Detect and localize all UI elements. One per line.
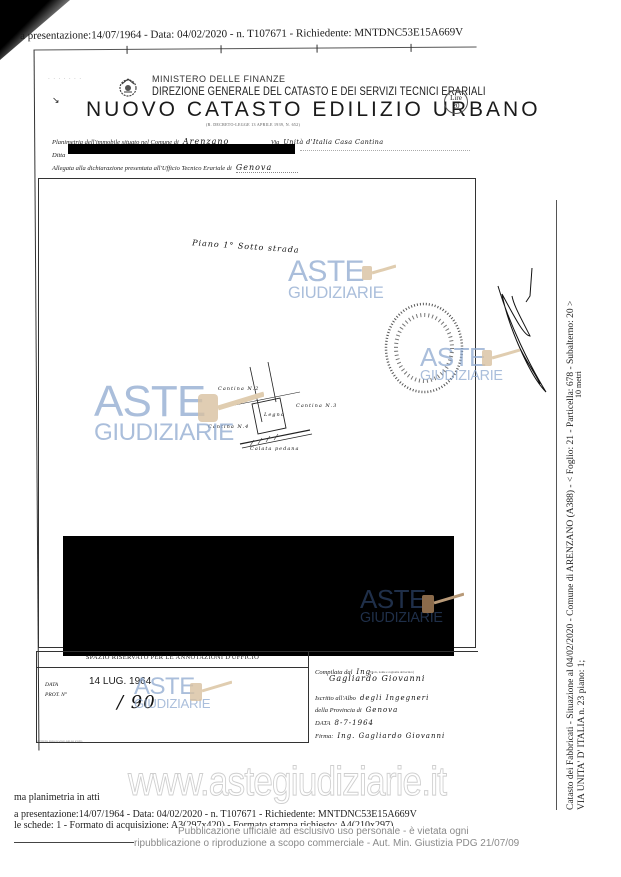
allegata-label: Allegata alla dichiarazione presentata a… <box>52 165 232 172</box>
decree-reference: (R. DECRETO-LEGGE 13 APRILE 1939, N. 652… <box>206 122 300 127</box>
printer-note: ISTITUTO POLIGRAFICO DELLO STATO <box>37 740 82 743</box>
direzione-name: DIREZIONE GENERALE DEL CATASTO E DEI SER… <box>152 86 486 98</box>
document-title: NUOVO CATASTO EDILIZIO URBANO <box>86 98 541 122</box>
side-rule <box>556 200 557 810</box>
stamp-duty-circle: Lire 20 <box>444 90 468 114</box>
annot-prot-label: PROT. N° <box>45 692 67 698</box>
scale-note: 10 metri <box>574 371 583 398</box>
compilata-box: Compilata dal Ing. (Titolo, nome e cogno… <box>308 651 478 743</box>
gavel-icon <box>480 346 520 370</box>
firma-row: Firma: Ing. Gagliardo Giovanni <box>315 725 445 743</box>
header-line: a presentazione:14/07/1964 - Data: 04/02… <box>20 26 463 42</box>
stamp-duty-value: 20 <box>445 102 467 110</box>
room-label-cantina-3: Cantina N.3 <box>296 403 337 409</box>
footer-line-2: a presentazione:14/07/1964 - Data: 04/02… <box>14 809 417 820</box>
via-value: Unità d'Italia Casa Cantina <box>283 138 383 146</box>
stamp-duty-label: Lire <box>445 94 467 102</box>
arrow-mark-icon: ↘ <box>52 95 60 106</box>
firma-label: Firma: <box>315 733 333 740</box>
publication-notice-1: Pubblicazione ufficiale ad esclusivo uso… <box>178 826 469 837</box>
gavel-icon <box>194 388 264 428</box>
gavel-icon <box>360 262 396 284</box>
gavel-icon <box>420 590 464 616</box>
compilata-name: Gagliardo Giovanni <box>329 674 425 683</box>
publication-notice-2: ripubblicazione o riproduzione a scopo c… <box>134 838 519 849</box>
annotations-title: SPAZIO RISERVATO PER LE ANNOTAZIONI D'UF… <box>37 654 308 661</box>
faint-stamp-text: · · · · · · · <box>48 76 82 82</box>
gavel-icon <box>188 678 232 704</box>
unit-label: Legno <box>264 412 285 418</box>
footer-line-1: ma planimetria in atti <box>14 792 100 803</box>
site-watermark: www.astegiudiziarie.it <box>128 758 446 805</box>
ufficio-field: Allegata alla dichiarazione presentata a… <box>52 157 298 175</box>
firma-value: Ing. Gagliardo Giovanni <box>337 732 445 740</box>
ufficio-value: Genova <box>236 163 298 173</box>
state-emblem-icon <box>114 76 142 100</box>
annot-data-label: DATA <box>45 682 58 688</box>
ditta-dotted-line <box>300 150 470 151</box>
ministry-name: MINISTERO DELLE FINANZE <box>152 74 286 84</box>
street-label: Calata pedana <box>250 446 300 452</box>
redacted-owner <box>68 144 295 154</box>
